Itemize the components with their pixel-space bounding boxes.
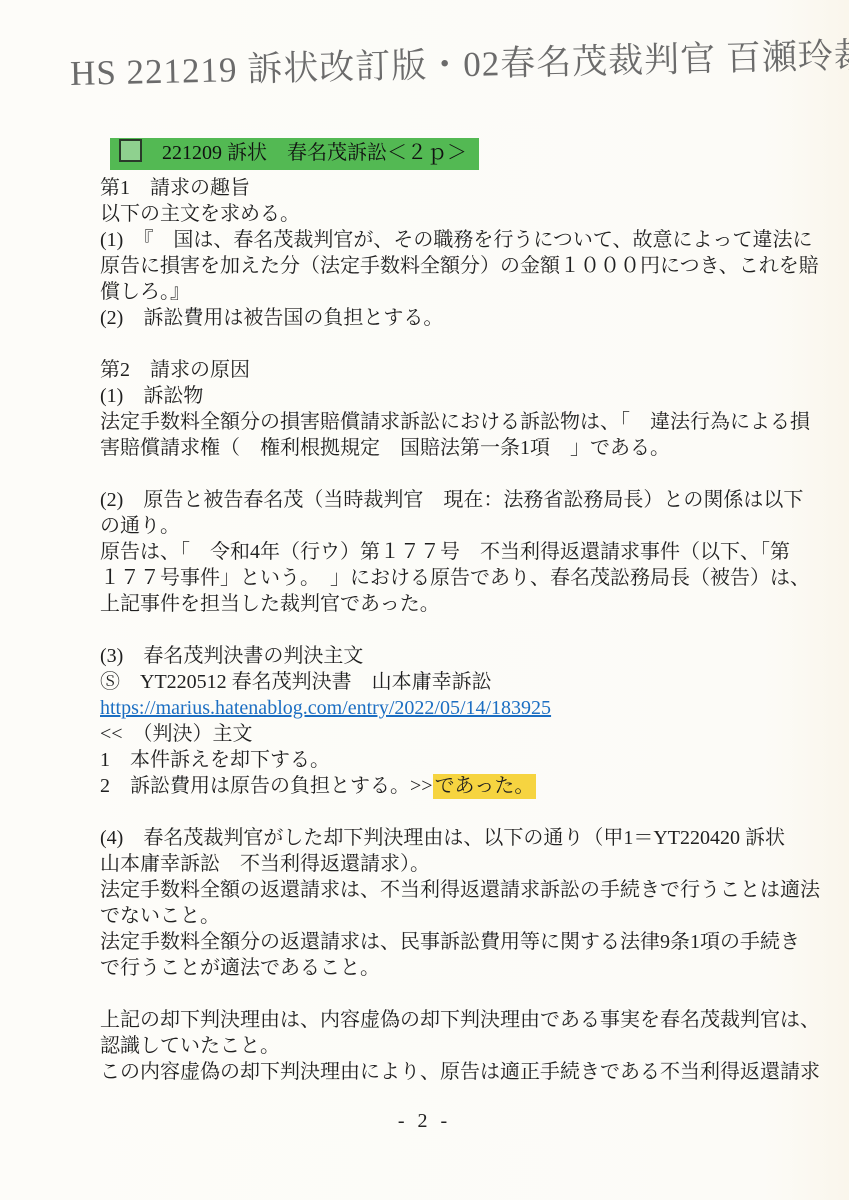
document-line: 償しろ。』 [100,279,826,305]
document-line: １７７号事件」という。 」における原告であり、春名茂訟務局長（被告）は、 [100,565,826,591]
document-line: 山本庸幸訴訟 不当利得返還請求）。 [100,851,826,877]
document-line: 1 本件訴えを却下する。 [100,747,826,773]
hatenablog-link[interactable]: https://marius.hatenablog.com/entry/2022… [100,697,551,719]
document-line: (1) 訴訟物 [100,383,826,409]
document-body: 第1 請求の趣旨以下の主文を求める。(1) 『 国は、春名茂裁判官が、その職務を… [100,175,826,1085]
link-line: https://marius.hatenablog.com/entry/2022… [100,695,826,721]
document-content: 221209 訴状 春名茂訴訟＜２ｐ＞ 第1 請求の趣旨以下の主文を求める。(1… [100,138,826,1085]
green-highlight: 221209 訴状 春名茂訴訟＜２ｐ＞ [110,138,479,170]
document-title: 221209 訴状 春名茂訴訟＜２ｐ＞ [162,142,467,164]
document-line: Ⓢ YT220512 春名茂判決書 山本庸幸訴訟 [100,669,826,695]
document-line: 以下の主文を求める。 [100,201,826,227]
document-line: この内容虚偽の却下判決理由により、原告は適正手続きである不当利得返還請求 [100,1059,826,1085]
document-line: (4) 春名茂裁判官がした却下判決理由は、以下の通り（甲1＝YT220420 訴… [100,825,826,851]
document-line: (3) 春名茂判決書の判決主文 [100,643,826,669]
document-line: 法定手数料全額分の返還請求は、民事訴訟費用等に関する法律9条1項の手続き [100,929,826,955]
document-line: 法定手数料全額分の損害賠償請求訴訟における訴訟物は、「 違法行為による損 [100,409,826,435]
document-line: でないこと。 [100,903,826,929]
document-line: 第1 請求の趣旨 [100,175,826,201]
document-line: 上記の却下判決理由は、内容虚偽の却下判決理由である事実を春名茂裁判官は、 [100,1007,826,1033]
document-line: で行うことが適法であること。 [100,955,826,981]
paragraph: 第1 請求の趣旨以下の主文を求める。(1) 『 国は、春名茂裁判官が、その職務を… [100,175,826,331]
document-line: の通り。 [100,513,826,539]
document-line: 2 訴訟費用は原告の負担とする。>>であった。 [100,773,826,799]
document-line: 原告は、「 令和4年（行ウ）第１７７号 不当利得返還請求事件（以下、「第 [100,539,826,565]
document-line: (2) 訴訟費用は被告国の負担とする。 [100,305,826,331]
document-line: << （判決）主文 [100,721,826,747]
handwritten-note: HS 221219 訴状改訂版・02春名茂裁判官 百瀬玲裁判官 [69,28,849,96]
document-title-line: 221209 訴状 春名茂訴訟＜２ｐ＞ [110,138,826,170]
document-line: (2) 原告と被告春名茂（当時裁判官 現在：法務省訟務局長）との関係は以下 [100,487,826,513]
document-line: 原告に損害を加えた分（法定手数料全額分）の金額１０００円につき、これを賠 [100,253,826,279]
page-number: - 2 - [0,1110,849,1133]
document-text: 2 訴訟費用は原告の負担とする。>> [100,775,433,797]
document-line: 第2 請求の原因 [100,357,826,383]
document-line: 認識していたこと。 [100,1033,826,1059]
document-line: (1) 『 国は、春名茂裁判官が、その職務を行うについて、故意によって違法に [100,227,826,253]
checkbox-icon [119,139,142,162]
paragraph: (2) 原告と被告春名茂（当時裁判官 現在：法務省訟務局長）との関係は以下の通り… [100,487,826,617]
paragraph: 上記の却下判決理由は、内容虚偽の却下判決理由である事実を春名茂裁判官は、認識して… [100,1007,826,1085]
scanned-document-page: { "handwriting": { "text": "HS 221219 訴状… [0,0,849,1200]
document-line: 法定手数料全額の返還請求は、不当利得返還請求訴訟の手続きで行うことは適法 [100,877,826,903]
paragraph: (3) 春名茂判決書の判決主文Ⓢ YT220512 春名茂判決書 山本庸幸訴訟h… [100,643,826,799]
paragraph: 第2 請求の原因(1) 訴訟物法定手数料全額分の損害賠償請求訴訟における訴訟物は… [100,357,826,461]
paragraph: (4) 春名茂裁判官がした却下判決理由は、以下の通り（甲1＝YT220420 訴… [100,825,826,981]
document-line: 害賠償請求権（ 権利根拠規定 国賠法第一条1項 」である。 [100,435,826,461]
document-line: 上記事件を担当した裁判官であった。 [100,591,826,617]
yellow-highlight: であった。 [433,774,537,799]
